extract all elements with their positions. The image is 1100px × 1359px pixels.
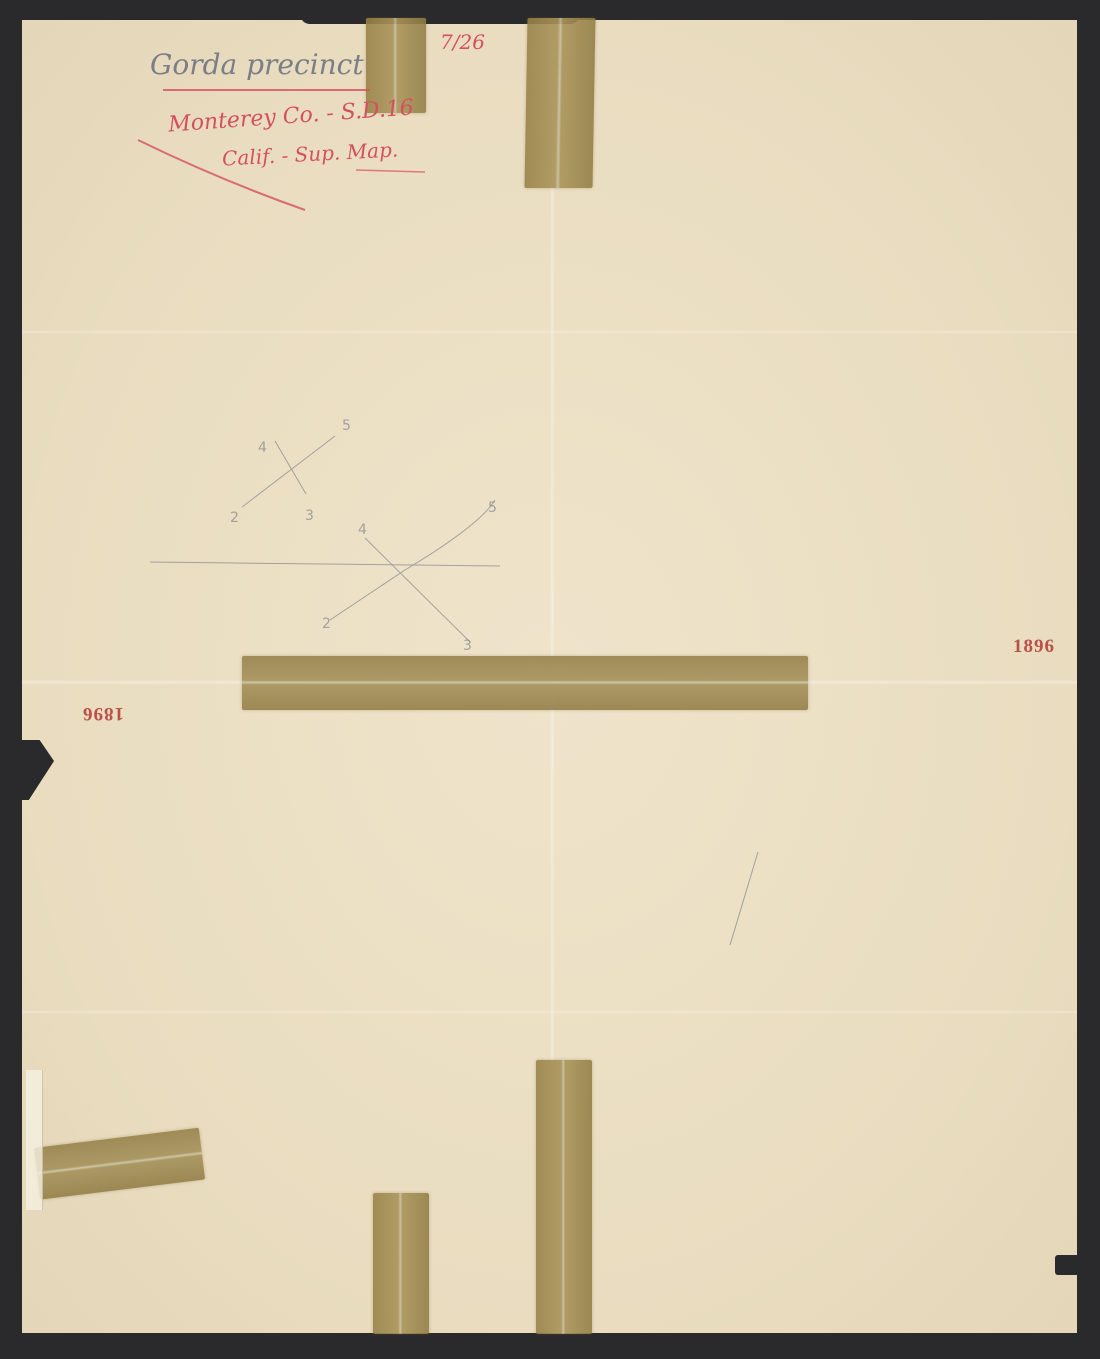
sketch-label: 5	[342, 418, 351, 434]
sketch-label: 5	[488, 500, 497, 516]
sketch-label: 4	[258, 440, 267, 456]
sketch-label: 3	[305, 508, 314, 524]
sketch-label: 2	[322, 616, 331, 632]
sketch-label: 3	[463, 638, 472, 654]
sketch-overlay: 4 5 2 3 4 5 2 3	[0, 0, 1100, 1359]
sketch-label: 4	[358, 522, 367, 538]
year-stamp-left-inverted: 1896	[82, 702, 124, 724]
year-stamp-right: 1896	[1013, 636, 1055, 658]
sketch-label: 2	[230, 510, 239, 526]
